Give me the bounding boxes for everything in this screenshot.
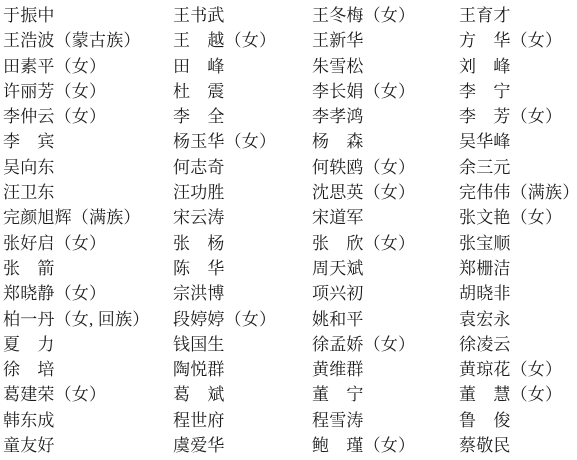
name-list: 于振中王书武王冬梅（女）王育才王浩波（蒙古族）王 越（女）王新华方 华（女）田素… (3, 3, 577, 458)
name-cell: 李孝鸿 (312, 104, 459, 129)
list-row: 张 箭陈 华周天斌郑栅洁 (3, 256, 577, 281)
list-row: 柏一丹（女, 回族）段婷婷（女）姚和平袁宏永 (3, 307, 577, 332)
name-cell: 袁宏永 (459, 307, 577, 332)
list-row: 于振中王书武王冬梅（女）王育才 (3, 3, 577, 28)
name-cell: 宗洪博 (173, 281, 312, 306)
name-cell: 完伟伟（满族） (459, 180, 577, 205)
name-cell: 黄琼花（女） (459, 357, 577, 382)
name-cell: 完颜旭辉（满族） (3, 205, 173, 230)
name-cell: 李仲云（女） (3, 104, 173, 129)
list-row: 汪卫东汪功胜沈思英（女）完伟伟（满族） (3, 180, 577, 205)
name-cell: 王 越（女） (173, 28, 312, 53)
name-cell: 刘 峰 (459, 54, 577, 79)
list-row: 张好启（女）张 杨张 欣（女）张宝顺 (3, 231, 577, 256)
name-cell: 王新华 (312, 28, 459, 53)
name-cell: 程世府 (173, 408, 312, 433)
name-cell: 李 芳（女） (459, 104, 577, 129)
document-page: 于振中王书武王冬梅（女）王育才王浩波（蒙古族）王 越（女）王新华方 华（女）田素… (0, 0, 577, 460)
name-cell: 王浩波（蒙古族） (3, 28, 173, 53)
name-cell: 蔡敬民 (459, 433, 577, 458)
name-cell: 杨玉华（女） (173, 129, 312, 154)
list-row: 李 宾杨玉华（女）杨 森吴华峰 (3, 129, 577, 154)
name-cell: 沈思英（女） (312, 180, 459, 205)
name-cell: 张 箭 (3, 256, 173, 281)
name-cell: 童友好 (3, 433, 173, 458)
name-cell: 郑栅洁 (459, 256, 577, 281)
name-cell: 葛 斌 (173, 382, 312, 407)
list-row: 完颜旭辉（满族）宋云涛宋道军张文艳（女） (3, 205, 577, 230)
name-cell: 许丽芳（女） (3, 79, 173, 104)
name-cell: 张 欣（女） (312, 231, 459, 256)
name-cell: 虞爱华 (173, 433, 312, 458)
name-cell: 鲁 俊 (459, 408, 577, 433)
name-cell: 段婷婷（女） (173, 307, 312, 332)
name-cell: 徐 培 (3, 357, 173, 382)
name-cell: 汪卫东 (3, 180, 173, 205)
name-cell: 吴向东 (3, 155, 173, 180)
list-row: 童友好虞爱华鲍 瑾（女）蔡敬民 (3, 433, 577, 458)
name-cell: 李 全 (173, 104, 312, 129)
name-cell: 陈 华 (173, 256, 312, 281)
list-row: 李仲云（女）李 全李孝鸿李 芳（女） (3, 104, 577, 129)
name-cell: 宋道军 (312, 205, 459, 230)
name-cell: 项兴初 (312, 281, 459, 306)
list-row: 葛建荣（女）葛 斌董 宁董 慧（女） (3, 382, 577, 407)
list-row: 郑晓静（女）宗洪博项兴初胡晓非 (3, 281, 577, 306)
name-cell: 宋云涛 (173, 205, 312, 230)
name-cell: 王书武 (173, 3, 312, 28)
name-cell: 朱雪松 (312, 54, 459, 79)
name-cell: 张宝顺 (459, 231, 577, 256)
list-row: 许丽芳（女）杜 震李长娟（女）李 宁 (3, 79, 577, 104)
name-cell: 李长娟（女） (312, 79, 459, 104)
name-cell: 郑晓静（女） (3, 281, 173, 306)
name-cell: 杨 森 (312, 129, 459, 154)
name-cell: 程雪涛 (312, 408, 459, 433)
name-cell: 何志奇 (173, 155, 312, 180)
list-row: 田素平（女）田 峰朱雪松刘 峰 (3, 54, 577, 79)
name-cell: 董 慧（女） (459, 382, 577, 407)
name-cell: 董 宁 (312, 382, 459, 407)
name-cell: 韩东成 (3, 408, 173, 433)
name-cell: 于振中 (3, 3, 173, 28)
name-cell: 黄维群 (312, 357, 459, 382)
name-cell: 汪功胜 (173, 180, 312, 205)
name-cell: 钱国生 (173, 332, 312, 357)
name-cell: 柏一丹（女, 回族） (3, 307, 173, 332)
name-cell: 王冬梅（女） (312, 3, 459, 28)
name-cell: 陶悦群 (173, 357, 312, 382)
name-cell: 杜 震 (173, 79, 312, 104)
name-cell: 田 峰 (173, 54, 312, 79)
name-cell: 田素平（女） (3, 54, 173, 79)
name-cell: 葛建荣（女） (3, 382, 173, 407)
list-row: 韩东成程世府程雪涛鲁 俊 (3, 408, 577, 433)
name-cell: 张 杨 (173, 231, 312, 256)
name-cell: 李 宁 (459, 79, 577, 104)
name-cell: 吴华峰 (459, 129, 577, 154)
name-cell: 鲍 瑾（女） (312, 433, 459, 458)
name-cell: 徐凌云 (459, 332, 577, 357)
name-cell: 方 华（女） (459, 28, 577, 53)
list-row: 王浩波（蒙古族）王 越（女）王新华方 华（女） (3, 28, 577, 53)
name-cell: 何轶鸥（女） (312, 155, 459, 180)
name-cell: 胡晓非 (459, 281, 577, 306)
name-cell: 张文艳（女） (459, 205, 577, 230)
list-row: 徐 培陶悦群黄维群黄琼花（女） (3, 357, 577, 382)
name-cell: 王育才 (459, 3, 577, 28)
name-cell: 张好启（女） (3, 231, 173, 256)
list-row: 吴向东何志奇何轶鸥（女）余三元 (3, 155, 577, 180)
name-cell: 夏 力 (3, 332, 173, 357)
name-cell: 李 宾 (3, 129, 173, 154)
name-cell: 周天斌 (312, 256, 459, 281)
name-cell: 姚和平 (312, 307, 459, 332)
name-cell: 徐孟娇（女） (312, 332, 459, 357)
name-cell: 余三元 (459, 155, 577, 180)
list-row: 夏 力钱国生徐孟娇（女）徐凌云 (3, 332, 577, 357)
